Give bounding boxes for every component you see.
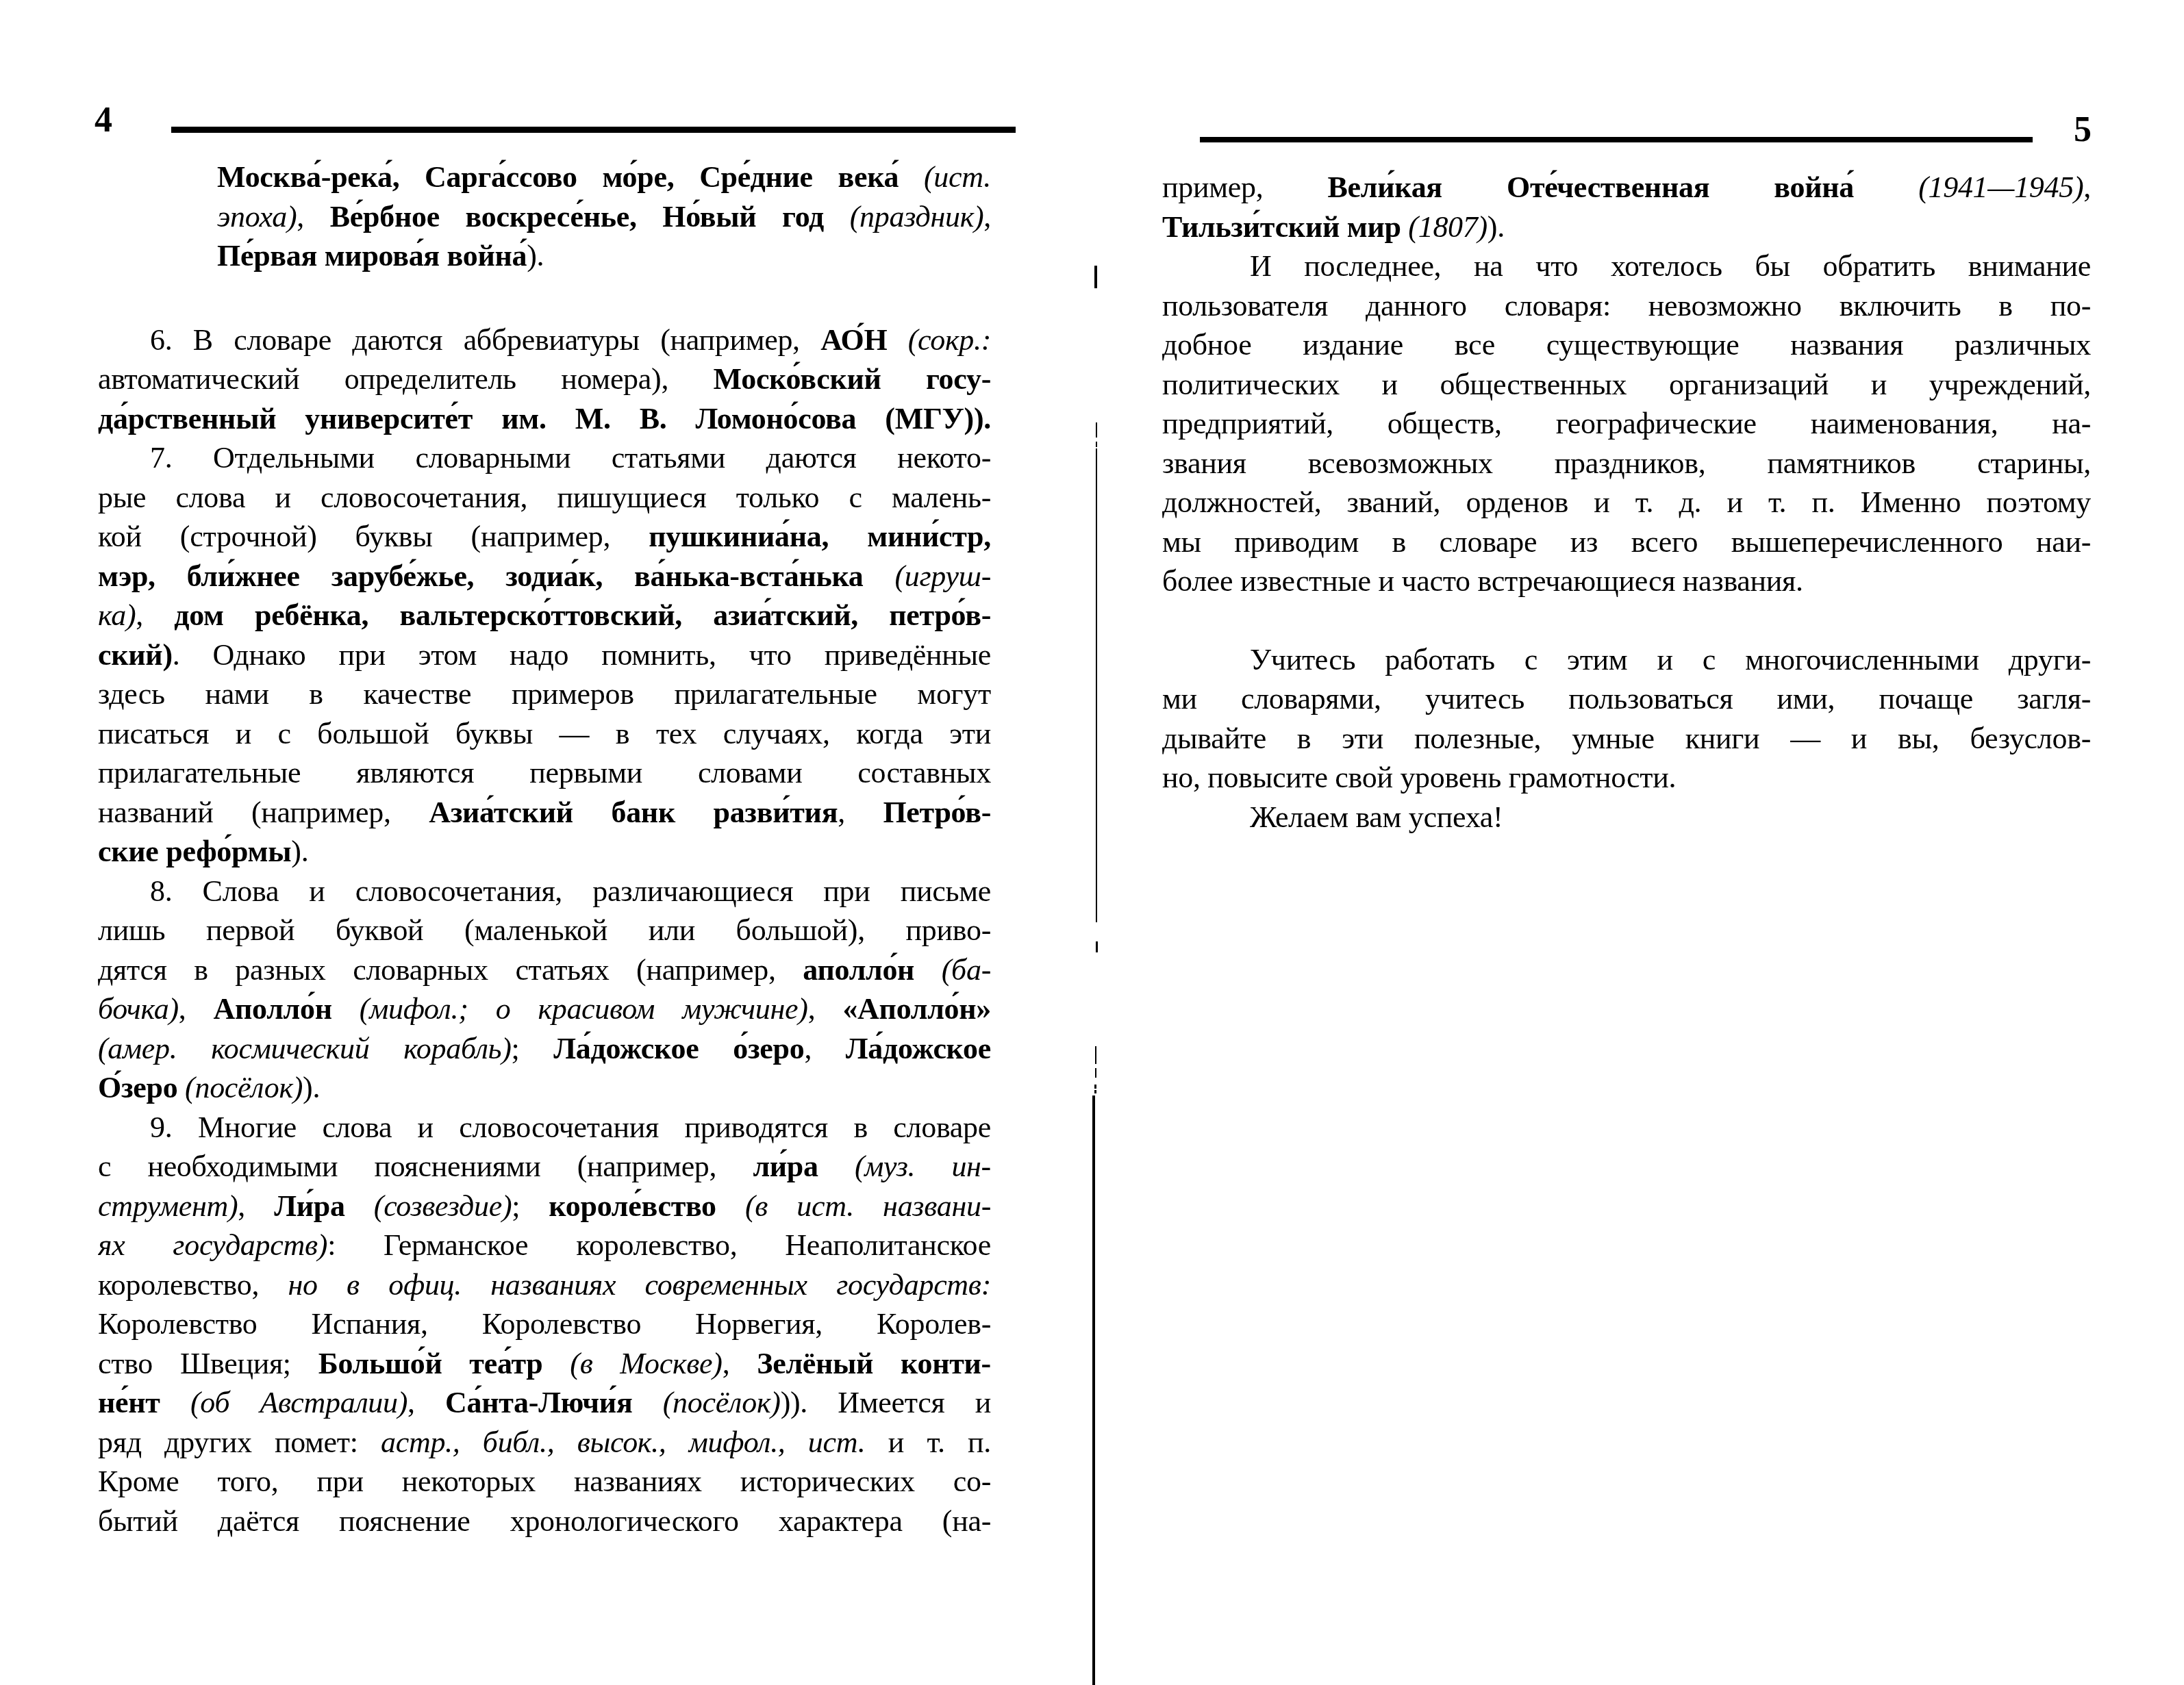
text-segment: астр., библ., высок., мифол., ист. (381, 1426, 866, 1459)
text-segment: Аполло́н (214, 992, 360, 1026)
text-segment: Ве́рбное воскресе́нье, Но́вый год (330, 200, 850, 233)
text-line: бочка), Аполло́н (мифол.; о красивом муж… (98, 989, 991, 1029)
text-segment: , (297, 200, 329, 233)
text-segment: Тильзи́тский мир (1162, 210, 1408, 244)
text-segment: Желаем вам успеха! (1250, 800, 1503, 834)
text-line: Тильзи́тский мир (1807)). (1162, 207, 2091, 247)
scan-streak (1095, 1068, 1096, 1078)
text-segment: здесь нами в качестве примеров прилагате… (98, 677, 991, 711)
text-line: более известные и часто встречающиеся на… (1162, 561, 2091, 601)
text-segment: , (983, 200, 991, 233)
text-segment: политических и общественных организаций … (1162, 368, 2091, 401)
text-segment: ; (512, 1032, 554, 1065)
text-line: королевство, но в офиц. названиях соврем… (98, 1265, 991, 1305)
text-segment: дывайте в эти полезные, умные книги — и … (1162, 722, 2091, 755)
text-segment: «Аполло́н» (842, 992, 991, 1026)
text-segment: дятся в разных словарных статьях (наприм… (98, 953, 803, 987)
text-line: но, повысите свой уровень грамотности. (1162, 758, 2091, 798)
text-line: 6. В словаре даются аббревиатуры (наприм… (98, 320, 991, 360)
text-segment: Петро́в- (883, 796, 991, 829)
text-line: должностей, званий, орденов и т. д. и т.… (1162, 483, 2091, 522)
text-segment: Азиа́тский банк разви́тия (429, 796, 838, 829)
text-segment: ; (512, 1189, 549, 1223)
text-line: прилагательные являются первыми словами … (98, 753, 991, 793)
text-line: добное издание все существующие названия… (1162, 325, 2091, 365)
text-segment: (созвездие) (374, 1189, 512, 1223)
text-segment: лишь первой буквой (маленькой или большо… (98, 913, 991, 947)
text-segment: бочка) (98, 992, 179, 1026)
text-segment: ми словарями, учитесь пользоваться ими, … (1162, 682, 2091, 715)
text-line: автоматический определитель номера), Мос… (98, 359, 991, 399)
text-line: (амер. космический корабль); Ла́дожское … (98, 1029, 991, 1069)
text-segment: Москва́-река́, Сарга́ссово мо́ре, Сре́дн… (217, 160, 924, 194)
text-segment: не́нт (98, 1386, 190, 1419)
text-segment: ка) (98, 598, 136, 632)
text-segment: ях государств) (98, 1228, 327, 1262)
text-segment: да́рственный университе́т им. М. В. Ломо… (98, 402, 991, 435)
text-segment: Большо́й теа́тр (318, 1347, 570, 1380)
text-segment: добное издание все существующие названия… (1162, 328, 2091, 362)
text-segment: прилагательные являются первыми словами … (98, 756, 991, 789)
scan-streak (1094, 266, 1097, 288)
text-line: не́нт (об Австралии), Са́нта-Лючи́я (пос… (98, 1383, 991, 1423)
text-segment: ). (291, 835, 308, 868)
text-segment: , (808, 992, 843, 1026)
blank-line (98, 276, 991, 320)
text-segment: (ист. (924, 160, 991, 194)
text-segment: Ли́ра (274, 1189, 374, 1223)
text-line: Москва́-река́, Сарга́ссово мо́ре, Сре́дн… (98, 157, 991, 197)
text-segment: (1941—1945) (1918, 170, 2083, 204)
text-segment: О́зеро (98, 1071, 185, 1104)
text-line: рые слова и словосочетания, пишущиеся то… (98, 478, 991, 518)
text-segment: ский) (98, 638, 173, 672)
text-line: бытий даётся пояснение хронологического … (98, 1502, 991, 1541)
text-segment: Ла́дожское о́зеро (553, 1032, 804, 1065)
scan-streak (1094, 1090, 1096, 1093)
text-line: ка), дом ребёнка, вальтерско́ттовский, а… (98, 596, 991, 635)
text-segment: (амер. космический корабль) (98, 1032, 512, 1065)
text-segment: )). Имеется и (781, 1386, 991, 1419)
text-segment: бытий даётся пояснение хронологического … (98, 1504, 991, 1538)
text-segment: звания всевозможных праздников, памятник… (1162, 446, 2091, 480)
text-line: здесь нами в качестве примеров прилагате… (98, 674, 991, 714)
text-segment: , (179, 992, 214, 1026)
text-segment: но в офиц. названиях современных государ… (288, 1268, 991, 1302)
text-segment: . Однако при этом надо помнить, что прив… (173, 638, 991, 672)
text-segment: , (136, 598, 174, 632)
text-line: политических и общественных организаций … (1162, 365, 2091, 405)
text-line: ский). Однако при этом надо помнить, что… (98, 635, 991, 675)
text-segment: (об Австралии) (190, 1386, 407, 1419)
scan-streak (1092, 1095, 1095, 1685)
text-segment: И последнее, на что хотелось бы обратить… (1250, 249, 2091, 283)
text-segment: более известные и часто встречающиеся на… (1162, 564, 1803, 598)
text-segment: (в ист. названи- (745, 1189, 991, 1223)
text-segment: Моско́вский госу- (714, 362, 991, 396)
text-segment: (праздник) (850, 200, 984, 233)
text-segment: автоматический определитель номера), (98, 362, 714, 396)
scan-streak (1096, 448, 1097, 922)
text-line: предприятий, обществ, географические наи… (1162, 404, 2091, 444)
text-line: О́зеро (посёлок)). (98, 1068, 991, 1108)
text-line: ми словарями, учитесь пользоваться ими, … (1162, 679, 2091, 719)
text-segment: королевство, (98, 1268, 288, 1302)
text-segment: Пе́рвая мирова́я война́ (217, 239, 527, 273)
text-segment: Королевство Испания, Королевство Норвеги… (98, 1307, 991, 1341)
text-segment: аполло́н (803, 953, 941, 987)
text-segment: ). (527, 239, 544, 273)
text-line: струмент), Ли́ра (созвездие); короле́вст… (98, 1187, 991, 1226)
text-segment: ли́ра (753, 1150, 854, 1183)
text-segment: , (2083, 170, 2091, 204)
text-segment: ). (303, 1071, 320, 1104)
text-segment: ские рефо́рмы (98, 835, 291, 868)
text-segment: дом ребёнка, вальтерско́ттовский, азиа́т… (174, 598, 991, 632)
text-segment: , (238, 1189, 274, 1223)
scan-streak (1094, 1085, 1096, 1089)
text-segment: (1807) (1408, 210, 1488, 244)
text-segment: ). (1488, 210, 1505, 244)
text-line: эпоха), Ве́рбное воскресе́нье, Но́вый го… (98, 197, 991, 237)
text-segment: (игруш- (894, 559, 991, 593)
text-line: мы приводим в словаре из всего вышепереч… (1162, 522, 2091, 562)
text-segment: струмент) (98, 1189, 238, 1223)
text-segment: рые слова и словосочетания, пишущиеся то… (98, 481, 991, 514)
text-segment: пушкиниа́на, мини́стр, (649, 520, 991, 553)
text-segment: (сокр.: (908, 323, 991, 357)
text-line: лишь первой буквой (маленькой или большо… (98, 911, 991, 950)
scan-streak (1096, 422, 1097, 438)
text-segment: 8. Слова и словосочетания, различающиеся… (150, 874, 991, 908)
text-segment: предприятий, обществ, географические наи… (1162, 407, 2091, 440)
text-segment: 9. Многие слова и словосочетания приводя… (150, 1111, 991, 1144)
scan-streak (1095, 1046, 1096, 1064)
text-segment: короле́вство (549, 1189, 745, 1223)
text-segment: : Германское королевство, Неаполитанское (327, 1228, 991, 1262)
header-rule-left (171, 127, 1016, 133)
text-line: кой (строчной) буквы (например, пушкиниа… (98, 517, 991, 557)
text-segment: , (407, 1386, 445, 1419)
text-line: И последнее, на что хотелось бы обратить… (1162, 246, 2091, 286)
text-segment: мэр, бли́жнее зарубе́жье, зодиа́к, ва́нь… (98, 559, 894, 593)
text-line: ские рефо́рмы). (98, 832, 991, 872)
text-line: пример, Вели́кая Оте́чественная война́ (… (1162, 168, 2091, 207)
text-segment: Кроме того, при некоторых названиях исто… (98, 1465, 991, 1498)
text-segment: 6. В словаре даются аббревиатуры (наприм… (150, 323, 820, 357)
text-line: Желаем вам успеха! (1162, 798, 2091, 837)
scan-streak (1096, 941, 1098, 952)
text-segment: АО́Н (820, 323, 908, 357)
text-segment: (посёлок) (663, 1386, 781, 1419)
text-segment: (муз. ин- (855, 1150, 991, 1183)
text-line: 9. Многие слова и словосочетания приводя… (98, 1108, 991, 1148)
text-line: звания всевозможных праздников, памятник… (1162, 444, 2091, 483)
text-line: писаться и с большой буквы — в тех случа… (98, 714, 991, 754)
text-segment: Ла́дожское (846, 1032, 991, 1065)
text-line: Пе́рвая мирова́я война́). (98, 236, 991, 276)
text-segment: пример, (1162, 170, 1328, 204)
text-line: ство Швеция; Большо́й теа́тр (в Москве),… (98, 1344, 991, 1384)
book-scan-spread: { "document": { "type": "scanned-book-sp… (0, 0, 2184, 1685)
text-line: мэр, бли́жнее зарубе́жье, зодиа́к, ва́нь… (98, 557, 991, 596)
text-segment: кой (строчной) буквы (например, (98, 520, 649, 553)
text-line: Учитесь работать с этим и с многочисленн… (1162, 640, 2091, 680)
text-line: названий (например, Азиа́тский банк разв… (98, 793, 991, 833)
text-segment: мы приводим в словаре из всего вышепереч… (1162, 525, 2091, 559)
text-segment: (ба- (942, 953, 991, 987)
header-rule-right (1200, 137, 2033, 142)
text-segment: писаться и с большой буквы — в тех случа… (98, 717, 991, 750)
page-right-text-column: пример, Вели́кая Оте́чественная война́ (… (1162, 168, 2091, 837)
text-line: ряд других помет: астр., библ., высок., … (98, 1423, 991, 1462)
text-segment: , (804, 1032, 845, 1065)
text-segment: эпоха) (217, 200, 297, 233)
text-line: с необходимыми пояснениями (например, ли… (98, 1147, 991, 1187)
text-segment: (посёлок) (185, 1071, 303, 1104)
text-segment: , (723, 1347, 757, 1380)
text-line: Кроме того, при некоторых названиях исто… (98, 1462, 991, 1502)
text-line: дятся в разных словарных статьях (наприм… (98, 950, 991, 990)
text-segment: Са́нта-Лючи́я (445, 1386, 663, 1419)
text-line: ях государств): Германское королевство, … (98, 1226, 991, 1265)
text-line: дывайте в эти полезные, умные книги — и … (1162, 719, 2091, 759)
text-segment: 7. Отдельными словарными статьями даются… (150, 441, 991, 474)
scan-streak (1096, 442, 1097, 447)
text-segment: ряд других помет: (98, 1426, 381, 1459)
blank-line (1162, 601, 2091, 640)
page-number-left: 4 (95, 103, 112, 138)
text-segment: ство Швеция; (98, 1347, 318, 1380)
text-segment: Учитесь работать с этим и с многочисленн… (1250, 643, 2091, 676)
text-segment: Вели́кая Оте́чественная война́ (1328, 170, 1919, 204)
text-line: Королевство Испания, Королевство Норвеги… (98, 1304, 991, 1344)
page-left-text-column: Москва́-река́, Сарга́ссово мо́ре, Сре́дн… (98, 157, 991, 1541)
text-line: 7. Отдельными словарными статьями даются… (98, 438, 991, 478)
page-number-right: 5 (2074, 112, 2092, 148)
text-segment: пользователя данного словаря: невозможно… (1162, 289, 2091, 322)
text-segment: Зелёный конти- (757, 1347, 991, 1380)
text-segment: (мифол.; о красивом мужчине) (360, 992, 808, 1026)
text-segment: и т. п. (866, 1426, 991, 1459)
text-segment: , (838, 796, 883, 829)
text-line: пользователя данного словаря: невозможно… (1162, 286, 2091, 326)
text-segment: с необходимыми пояснениями (например, (98, 1150, 753, 1183)
text-segment: но, повысите свой уровень грамотности. (1162, 761, 1676, 794)
text-segment: (в Москве) (570, 1347, 722, 1380)
text-line: 8. Слова и словосочетания, различающиеся… (98, 872, 991, 911)
text-line: да́рственный университе́т им. М. В. Ломо… (98, 399, 991, 439)
text-segment: должностей, званий, орденов и т. д. и т.… (1162, 485, 2091, 519)
text-segment: названий (например, (98, 796, 429, 829)
